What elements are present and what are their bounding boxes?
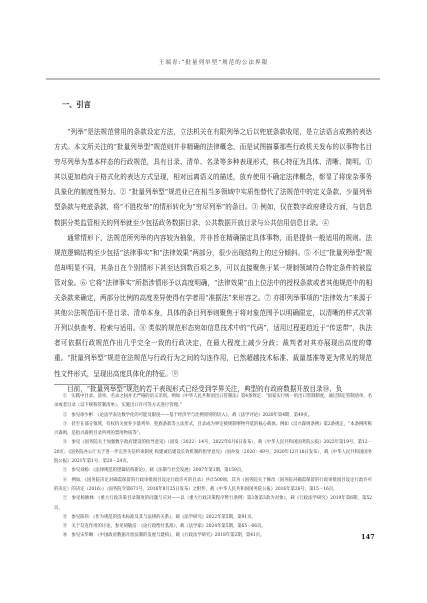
body-paragraph: 通常情形下，法规范所列举的内容较为抽象，并非旨在精确描定具体事物，而是提供一般适… [54, 231, 372, 382]
footnotes: ① 实践中目录、清单、名录之间并无严格的语义差别。例如《中华人民共和国出口管制法… [54, 392, 372, 541]
footnote: ⑦ 参见杨塘林：《重大行政决策目录制度的问题与应对——以〈重大行政决策程序暂行条… [54, 494, 372, 513]
footnote: ⑤ 参见刘杨：《法律规范的逻辑结构新论》，载《法制与社会发展》2007年第1期，… [54, 466, 372, 475]
footnote: ⑩ 参见宋华琳：《中国政府数据开放法制的发展与建构》，载《行政法学研究》2018… [54, 531, 372, 540]
body-paragraph: “列举”是法规范常用的条款设定方法，立法机关在有限列举之后以兜底条款收尾，是立法… [54, 125, 372, 231]
header-divider [46, 78, 380, 80]
footnote: ⑧ 参见陈伟：《作为规范的技术标准及其与法律的关系》，载《法学研究》2022年第… [54, 513, 372, 522]
footnote: ② 参见徐少彬：《论法学表达数学化的可能及限度——基于经济学与比例原则的切入》，… [54, 411, 372, 420]
main-body: “列举”是法规范常用的条款设定方法，立法机关在有限列举之后以兜底条款收尾，是立法… [54, 125, 372, 397]
footnote: ③ 甚至在部分领域，有权机关放弃少量列举、兜底条款等立法形式，目录成为界定被规制… [54, 420, 372, 439]
footnote: ① 实践中目录、清单、名录之间并无严格的语义差别。例如《中华人民共和国出口管制法… [54, 392, 372, 411]
footnote-divider [54, 384, 136, 385]
section-heading: 一、引言 [62, 100, 91, 110]
running-header: 王端青:“批量列举型”规范的公法界限 [0, 58, 427, 66]
footnote: ⑥ 例如，《国务院决定对确需保留的行政审批项目设定行政许可的目录》共计500项，… [54, 476, 372, 495]
page-number: 147 [361, 533, 375, 541]
footnote: ④ 参见《国务院关于加强数字政府建设的指导意见》（国发〔2022〕14号，202… [54, 438, 372, 466]
footnote: ⑨ 关于勾连作用的讨论，参见胡敏洁：《论行政给付基准》，载《法学家》2024年第… [54, 522, 372, 531]
